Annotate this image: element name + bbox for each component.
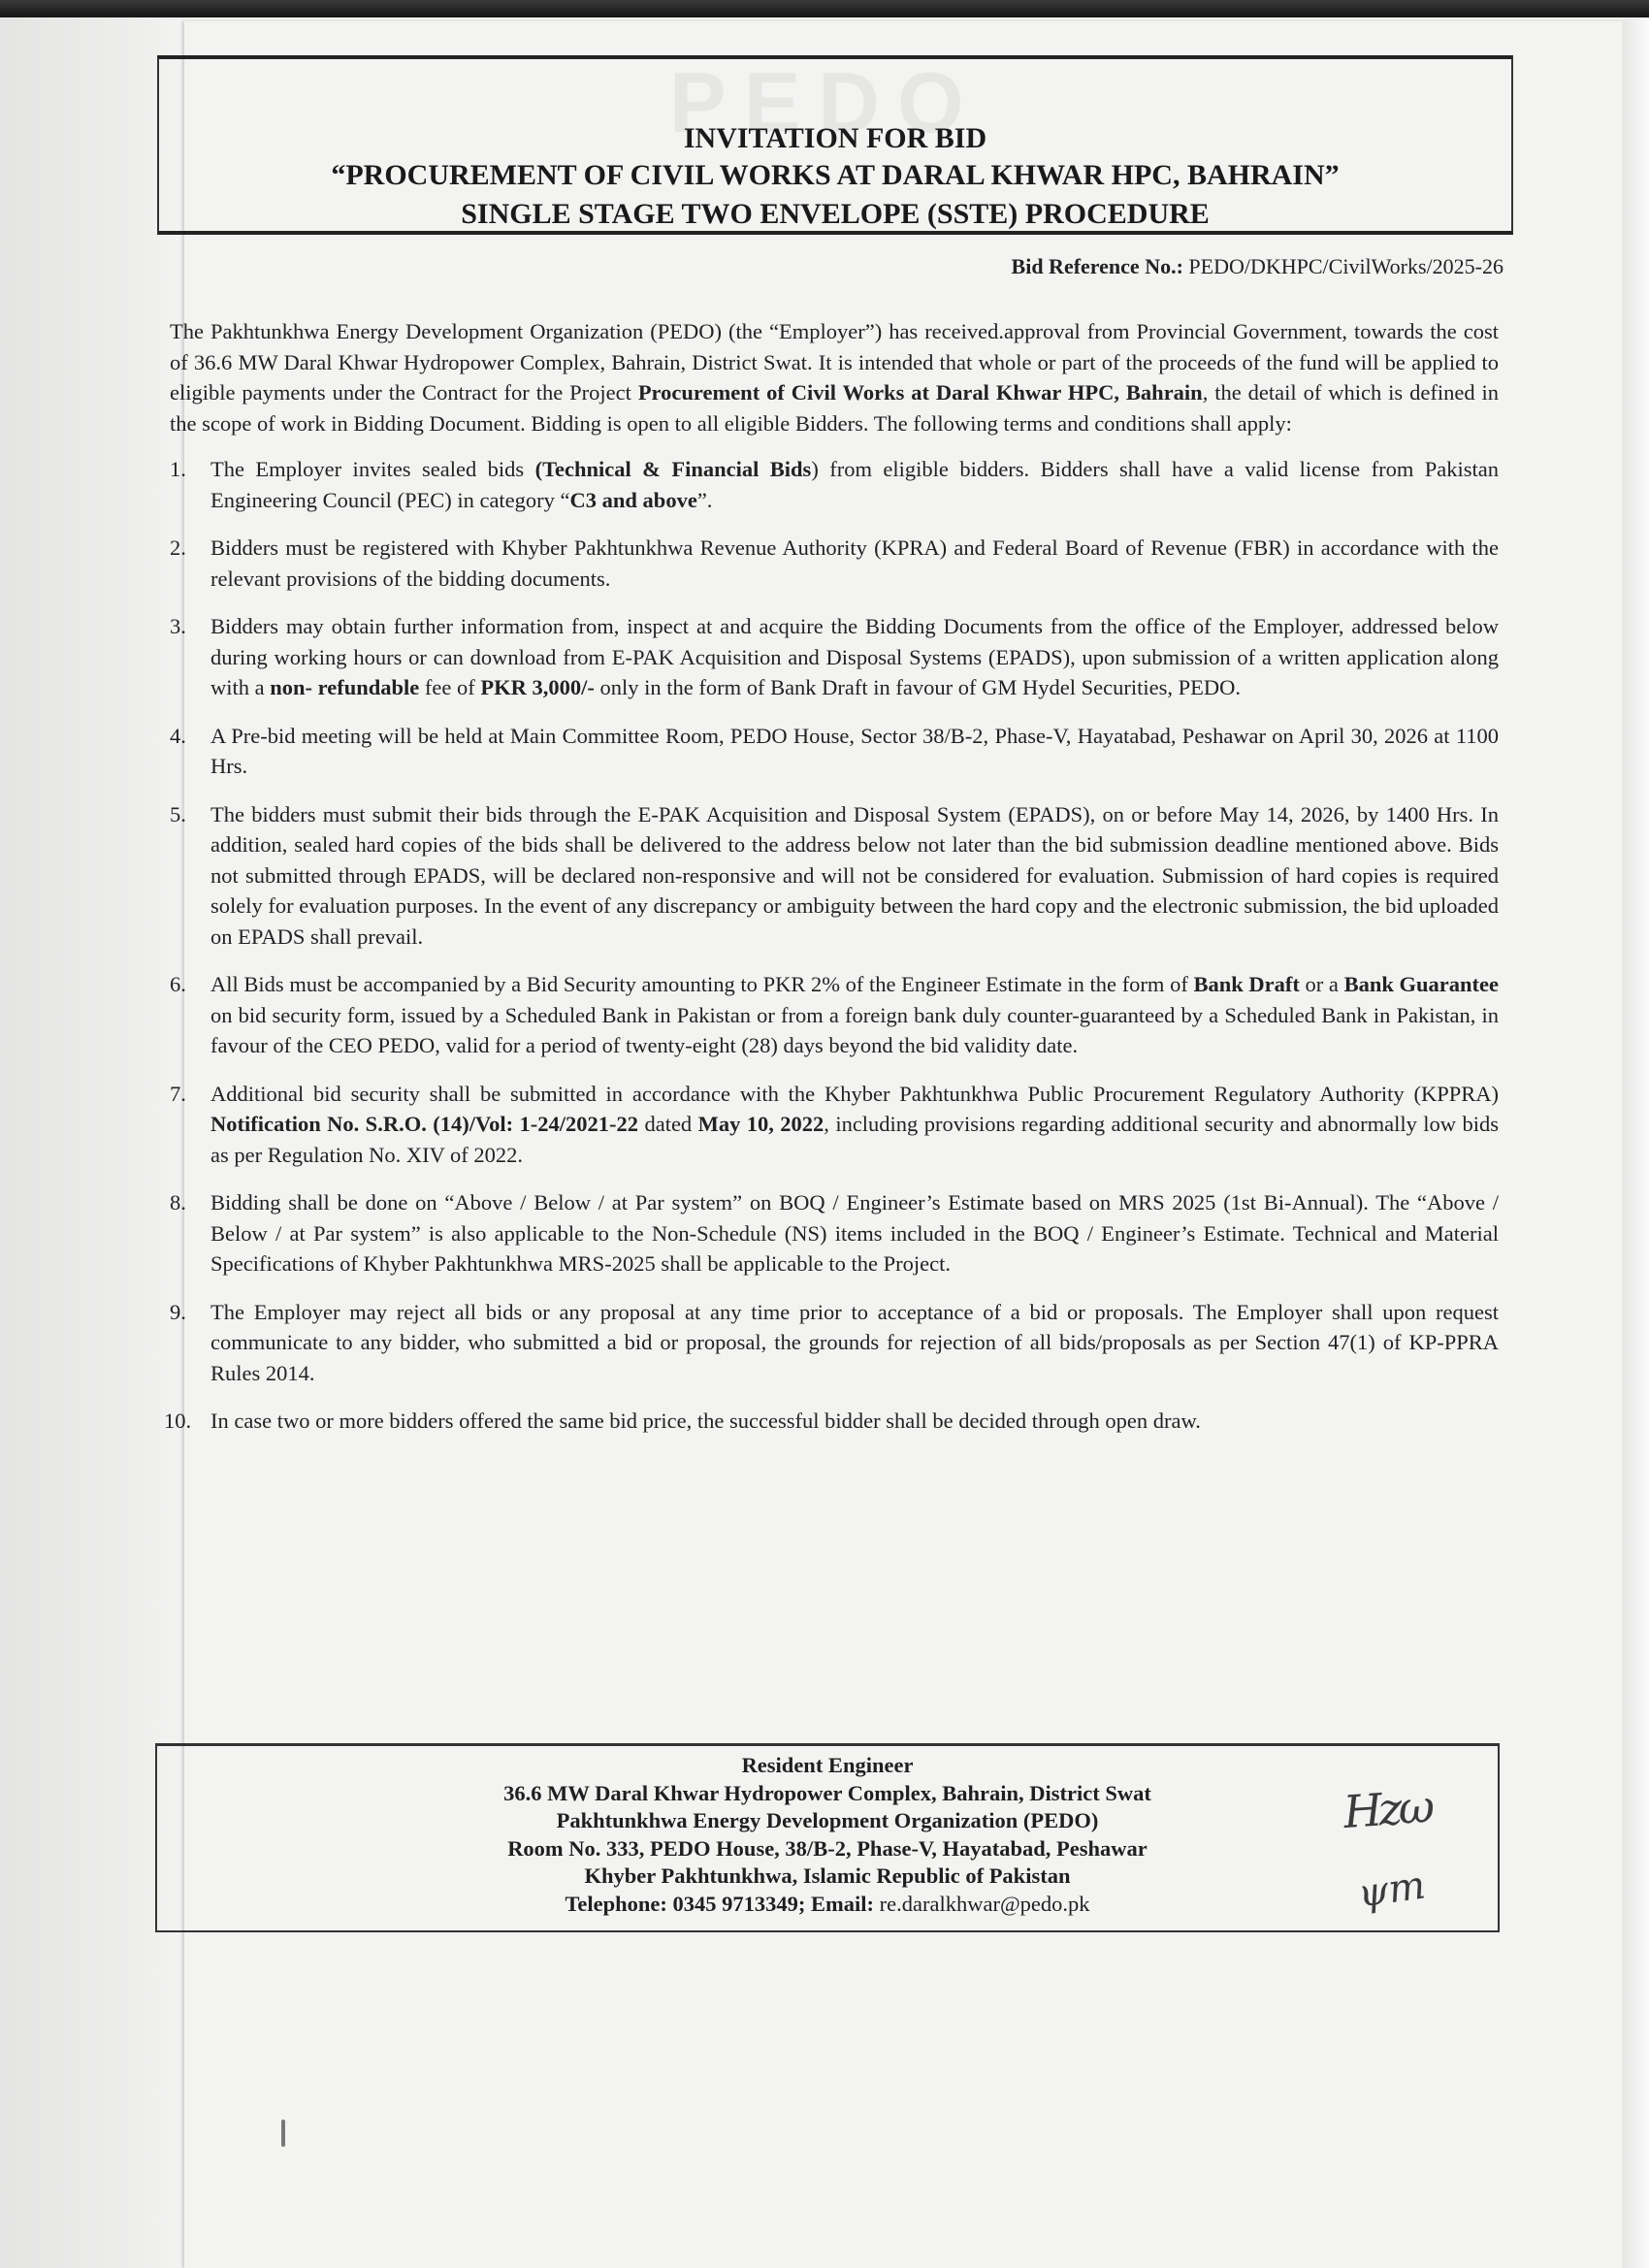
signature-2: ψm [1355,1863,1428,1916]
term-item: 6.All Bids must be accompanied by a Bid … [170,969,1499,1061]
term-text: All Bids must be accompanied by a Bid Se… [210,972,1193,996]
term-item: 4.A Pre-bid meeting will be held at Main… [170,721,1499,782]
term-bold-text: May 10, 2022 [698,1112,824,1136]
bid-reference-label: Bid Reference No.: [1012,254,1183,278]
term-item: 1.The Employer invites sealed bids (Tech… [170,454,1499,515]
procedure-title: SINGLE STAGE TWO ENVELOPE (SSTE) PROCEDU… [159,194,1511,235]
ink-mark [281,2120,285,2147]
term-text: or a [1300,972,1344,996]
term-bold-text: Bank Guarantee [1344,972,1499,996]
term-number: 7. [170,1079,186,1110]
term-number: 5. [170,799,186,830]
term-text: Bidding shall be done on “Above / Below … [210,1190,1499,1276]
term-item: 2.Bidders must be registered with Khyber… [170,533,1499,594]
term-item: 5.The bidders must submit their bids thr… [170,799,1499,953]
term-item: 10.In case two or more bidders offered t… [170,1406,1499,1437]
term-number: 4. [170,721,186,752]
term-bold-text: non- refundable [270,675,419,699]
term-number: 9. [170,1297,186,1328]
contact-telephone: Telephone: 0345 9713349; Email: [565,1892,879,1916]
term-text: The bidders must submit their bids throu… [210,802,1499,949]
bid-reference-value: PEDO/DKHPC/CivilWorks/2025-26 [1188,254,1503,278]
intro-project-name: Procurement of Civil Works at Daral Khwa… [638,380,1203,405]
contact-title: Resident Engineer [157,1752,1498,1780]
term-number: 1. [170,454,186,485]
contact-organization: Pakhtunkhwa Energy Development Organizat… [157,1807,1498,1835]
term-item: 7.Additional bid security shall be submi… [170,1079,1499,1171]
intro-paragraph: The Pakhtunkhwa Energy Development Organ… [170,316,1499,438]
term-number: 10. [164,1406,191,1437]
term-bold-text: Bank Draft [1193,972,1299,996]
term-text: fee of [419,675,480,699]
bid-reference: Bid Reference No.: PEDO/DKHPC/CivilWorks… [1012,254,1503,279]
term-text: A Pre-bid meeting will be held at Main C… [210,724,1499,779]
term-bold-text: PKR 3,000/- [480,675,595,699]
document-subtitle: “PROCUREMENT OF CIVIL WORKS AT DARAL KHW… [159,157,1511,194]
document-title: INVITATION FOR BID [159,120,1511,157]
contact-region: Khyber Pakhtunkhwa, Islamic Republic of … [157,1863,1498,1891]
contact-project: 36.6 MW Daral Khwar Hydropower Complex, … [157,1780,1498,1808]
term-text: on bid security form, issued by a Schedu… [210,1003,1499,1058]
page-fold [0,17,179,2268]
term-number: 3. [170,611,186,642]
terms-list: 1.The Employer invites sealed bids (Tech… [170,454,1499,1437]
term-number: 8. [170,1187,186,1218]
term-item: 9.The Employer may reject all bids or an… [170,1297,1499,1389]
term-text: The Employer invites sealed bids [210,457,535,481]
term-item: 3.Bidders may obtain further information… [170,611,1499,703]
term-number: 2. [170,533,186,564]
document-body: The Pakhtunkhwa Energy Development Organ… [170,316,1499,1454]
term-bold-text: C3 and above [570,488,697,512]
term-bold-text: (Technical & Financial Bids [535,457,812,481]
signature-1: Hzω [1342,1780,1432,1838]
contact-box: Resident Engineer 36.6 MW Daral Khwar Hy… [155,1743,1500,1932]
contact-phone-email: Telephone: 0345 9713349; Email: re.daral… [157,1891,1498,1919]
contact-email[interactable]: re.daralkhwar@pedo.pk [880,1892,1090,1916]
term-bold-text: Notification No. S.R.O. (14)/Vol: 1-24/2… [210,1112,638,1136]
term-number: 6. [170,969,186,1000]
term-text: The Employer may reject all bids or any … [210,1300,1499,1385]
term-text: ”. [697,488,713,512]
page-right-edge [1622,19,1649,2268]
term-text: only in the form of Bank Draft in favour… [595,675,1241,699]
term-text: dated [638,1112,698,1136]
term-text: Additional bid security shall be submitt… [210,1082,1499,1106]
title-box: INVITATION FOR BID “PROCUREMENT OF CIVIL… [157,55,1513,235]
contact-address: Room No. 333, PEDO House, 38/B-2, Phase-… [157,1835,1498,1863]
scan-edge [0,0,1649,19]
term-text: In case two or more bidders offered the … [210,1409,1201,1433]
term-text: Bidders must be registered with Khyber P… [210,535,1499,591]
term-item: 8.Bidding shall be done on “Above / Belo… [170,1187,1499,1280]
